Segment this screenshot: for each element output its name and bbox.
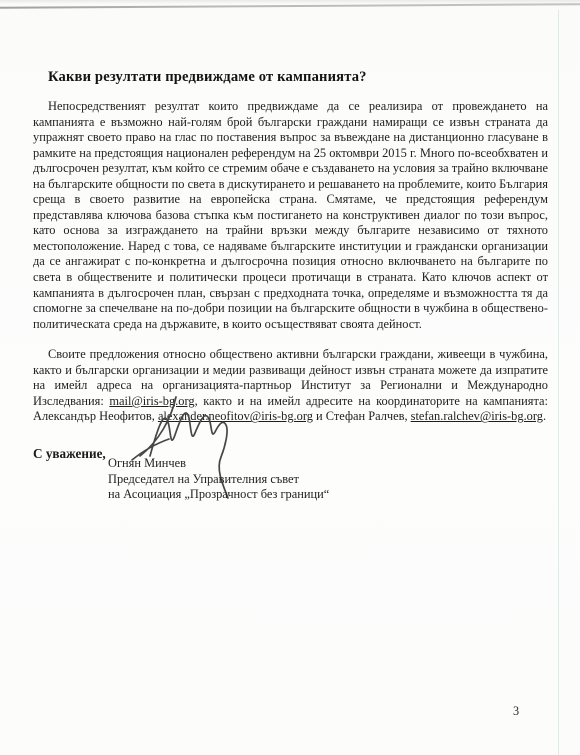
closing-salutation: С уважение, <box>33 446 106 462</box>
signer-name: Огнян Минчев <box>108 456 329 472</box>
letter-body: Какви резултати предвиждаме от кампаният… <box>33 69 548 425</box>
contact-text-3: и Стефан Ралчев, <box>313 409 411 423</box>
signer-block: Огнян Минчев Председател на Управителния… <box>108 456 329 503</box>
section-heading: Какви резултати предвиждаме от кампаният… <box>33 69 548 86</box>
signer-organization: на Асоциация „Прозрачност без граници“ <box>108 487 329 503</box>
email-link-coordinator-2[interactable]: stefan.ralchev@iris-bg.org <box>411 409 543 423</box>
scan-top-edge-line <box>0 3 580 9</box>
signer-title: Председател на Управителния съвет <box>108 472 329 488</box>
scanned-letter-page: Какви резултати предвиждаме от кампаният… <box>0 0 580 755</box>
scan-right-edge-line <box>558 10 559 755</box>
paragraph-results: Непосредственият резултат които предвижд… <box>33 99 548 332</box>
contact-text-4: . <box>543 409 546 423</box>
page-number: 3 <box>513 704 519 719</box>
paragraph-contact: Своите предложения относно обществено ак… <box>33 347 548 425</box>
